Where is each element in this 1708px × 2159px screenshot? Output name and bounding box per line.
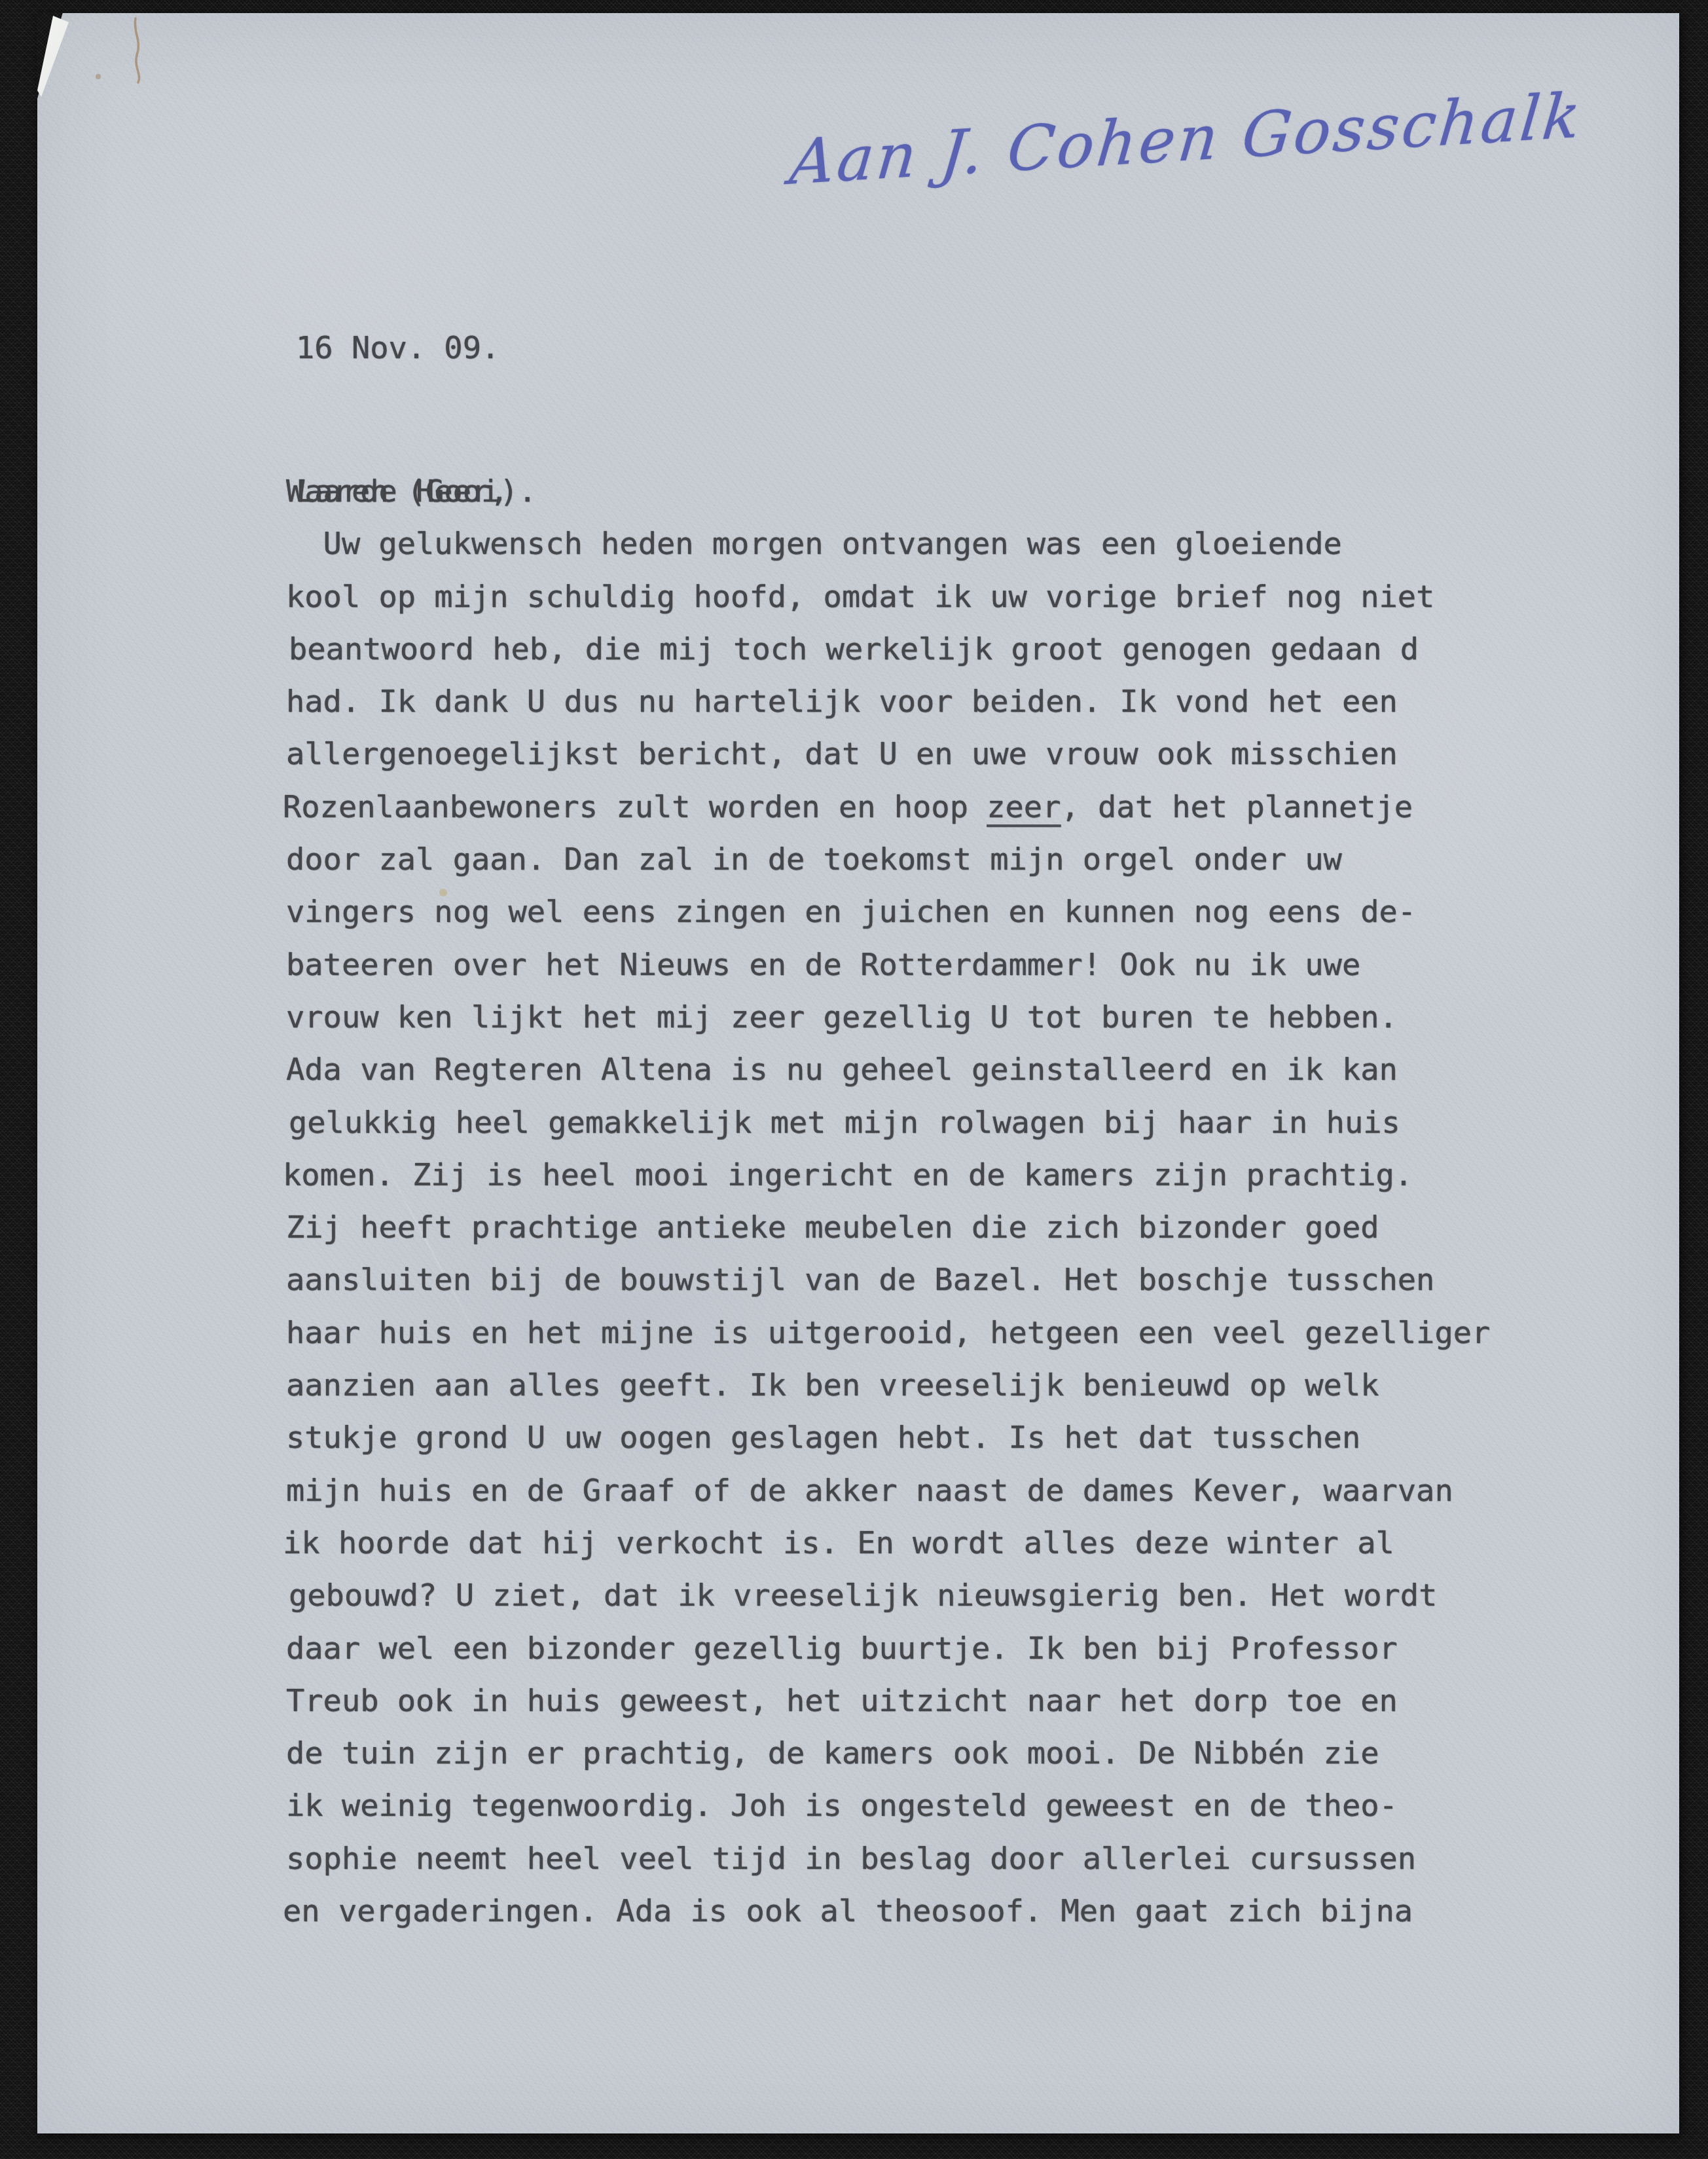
typed-line: gelukkig heel gemakkelijk met mijn rolwa…: [289, 1097, 1493, 1149]
typed-line: gebouwd? U ziet, dat ik vreeselijk nieuw…: [289, 1570, 1493, 1622]
typed-line: haar huis en het mijne is uitgerooid, he…: [286, 1307, 1490, 1359]
typed-line: mijn huis en de Graaf of de akker naast …: [286, 1465, 1490, 1517]
typed-line: aanzien aan alles geeft. Ik ben vreeseli…: [286, 1359, 1490, 1412]
handwritten-annotation: Aan J. Cohen Gosschalk: [787, 80, 1586, 199]
typed-line: ik hoorde dat hij verkocht is. En wordt …: [283, 1517, 1487, 1570]
typed-line: Zij heeft prachtige antieke meubelen die…: [286, 1202, 1490, 1254]
typed-line: Ada van Regteren Altena is nu geheel gei…: [286, 1044, 1490, 1096]
typed-line: allergenoegelijkst bericht, dat U en uwe…: [286, 728, 1490, 781]
letter-body: Waarde Heer, Uw gelukwensch heden morgen…: [286, 466, 1490, 1938]
typed-line: komen. Zij is heel mooi ingericht en de …: [283, 1149, 1487, 1202]
dateline-date: 16 Nov. 09.: [296, 324, 537, 372]
typed-line: aansluiten bij de bouwstijl van de Bazel…: [286, 1254, 1490, 1306]
typed-line: Treub ook in huis geweest, het uitzicht …: [286, 1675, 1490, 1727]
typed-line: vrouw ken lijkt het mij zeer gezellig U …: [286, 991, 1490, 1044]
typed-line: Waarde Heer,: [286, 466, 1490, 518]
typed-line: en vergaderingen. Ada is ook al theosoof…: [283, 1885, 1487, 1938]
typed-line: vingers nog wel eens zingen en juichen e…: [286, 886, 1490, 938]
letter-page: 16 Nov. 09. Laren (Gooi). Aan J. Cohen G…: [37, 13, 1679, 2133]
typed-line: door zal gaan. Dan zal in de toekomst mi…: [286, 834, 1490, 886]
typed-line: Uw gelukwensch heden morgen ontvangen wa…: [286, 518, 1490, 570]
typed-line: stukje grond U uw oogen geslagen hebt. I…: [286, 1412, 1490, 1464]
typed-line: bateeren over het Nieuws en de Rotterdam…: [286, 939, 1490, 991]
typed-line: kool op mijn schuldig hoofd, omdat ik uw…: [286, 571, 1490, 623]
typed-line: sophie neemt heel veel tijd in beslag do…: [286, 1833, 1490, 1885]
typed-line: Rozenlaanbewoners zult worden en hoop ze…: [283, 781, 1487, 834]
typed-line: daar wel een bizonder gezellig buurtje. …: [286, 1623, 1490, 1675]
scan-background: 16 Nov. 09. Laren (Gooi). Aan J. Cohen G…: [0, 0, 1708, 2159]
typed-line: had. Ik dank U dus nu hartelijk voor bei…: [286, 676, 1490, 728]
typed-line: de tuin zijn er prachtig, de kamers ook …: [286, 1727, 1490, 1780]
typed-line: ik weinig tegenwoordig. Joh is ongesteld…: [286, 1780, 1490, 1832]
typed-line: beantwoord heb, die mij toch werkelijk g…: [289, 623, 1493, 676]
